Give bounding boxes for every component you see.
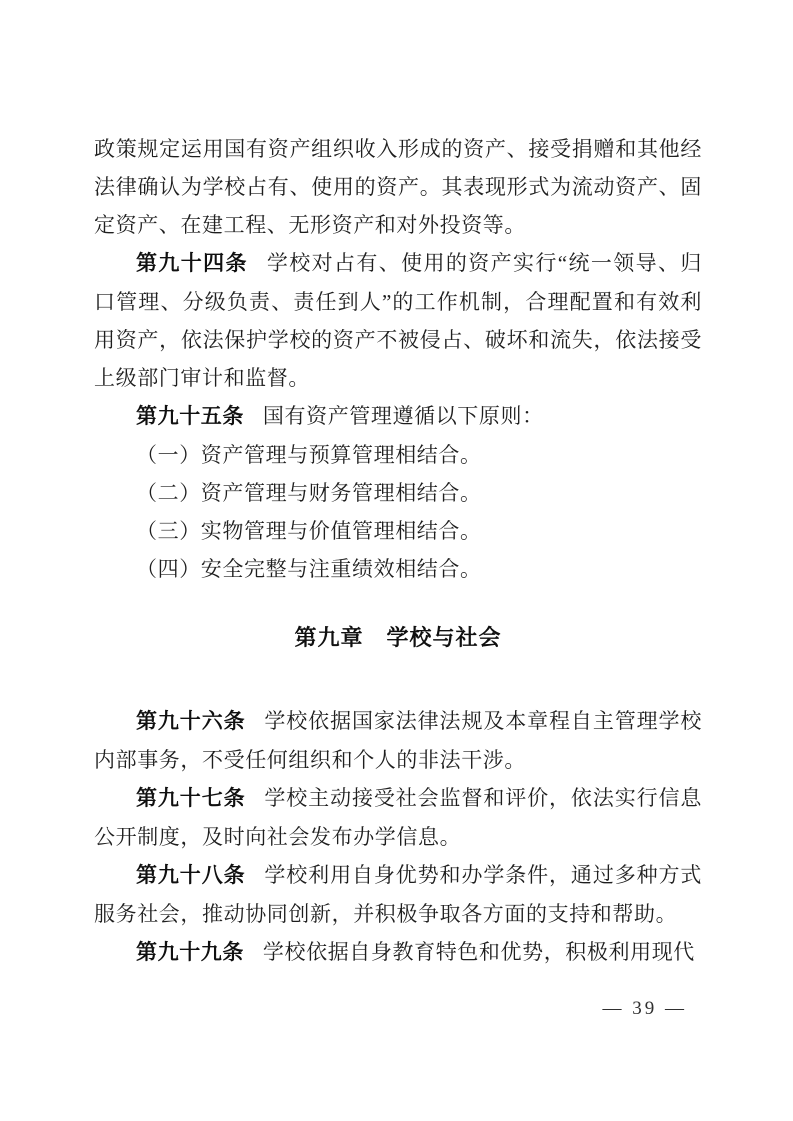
page-number: — 39 — [603, 998, 688, 1020]
principle-item-1: （一）资产管理与预算管理相结合。 [94, 436, 702, 474]
article-94-paragraph: 第九十四条学校对占有、使用的资产实行“统一领导、归口管理、分级负责、责任到人”的… [94, 244, 702, 397]
article-95-text: 国有资产管理遵循以下原则： [263, 404, 544, 428]
article-96-number: 第九十六条 [136, 710, 245, 733]
principle-item-2: （二）资产管理与财务管理相结合。 [94, 474, 702, 512]
article-97-paragraph: 第九十七条学校主动接受社会监督和评价，依法实行信息公开制度，及时向社会发布办学信… [94, 779, 702, 856]
article-99-number: 第九十九条 [136, 941, 244, 964]
continuation-paragraph: 政策规定运用国有资产组织收入形成的资产、接受捐赠和其他经法律确认为学校占有、使用… [94, 130, 702, 244]
article-98-paragraph: 第九十八条学校利用自身优势和办学条件，通过多种方式服务社会，推动协同创新，并积极… [94, 856, 702, 933]
article-99-paragraph: 第九十九条学校依据自身教育特色和优势，积极利用现代 [94, 933, 702, 972]
document-page: 政策规定运用国有资产组织收入形成的资产、接受捐赠和其他经法律确认为学校占有、使用… [0, 0, 793, 1121]
page-content: 政策规定运用国有资产组织收入形成的资产、接受捐赠和其他经法律确认为学校占有、使用… [94, 130, 702, 972]
article-95-number: 第九十五条 [136, 405, 244, 428]
principle-item-3: （三）实物管理与价值管理相结合。 [94, 512, 702, 550]
article-98-number: 第九十八条 [136, 864, 245, 887]
principle-item-4: （四）安全完整与注重绩效相结合。 [94, 550, 702, 588]
article-99-text: 学校依据自身教育特色和优势，积极利用现代 [263, 940, 695, 964]
chapter-heading: 第九章 学校与社会 [94, 618, 702, 658]
article-97-number: 第九十七条 [136, 787, 245, 810]
article-95-paragraph: 第九十五条国有资产管理遵循以下原则： [94, 397, 702, 436]
article-94-number: 第九十四条 [136, 252, 248, 275]
article-96-paragraph: 第九十六条学校依据国家法律法规及本章程自主管理学校内部事务，不受任何组织和个人的… [94, 702, 702, 779]
